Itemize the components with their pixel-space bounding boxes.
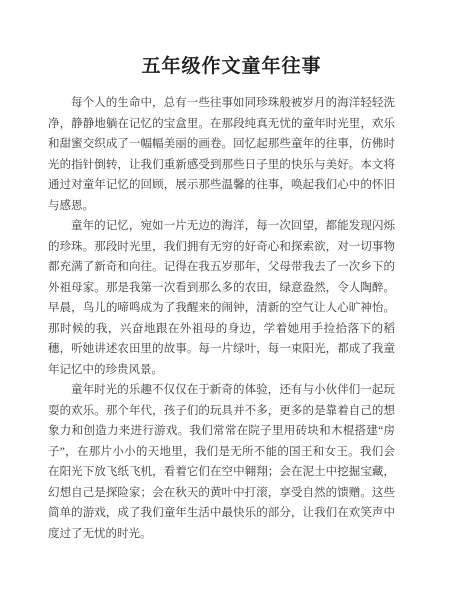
document-title: 五年级作文童年往事 (0, 53, 463, 80)
paragraph-childhood-games: 童年时光的乐趣不仅仅在于新奇的体验，还有与小伙伴们一起玩耍的欢乐。那个年代，孩子… (48, 380, 395, 544)
paragraph-intro: 每个人的生命中，总有一些往事如同珍珠般被岁月的海洋轻轻洗净，静静地躺在记忆的宝盒… (48, 93, 395, 216)
paragraph-memory-sea: 童年的记忆，宛如一片无边的海洋，每一次回望，都能发现闪烁的珍珠。那段时光里，我们… (48, 216, 395, 380)
document-page: 五年级作文童年往事 每个人的生命中，总有一些往事如同珍珠般被岁月的海洋轻轻洗净，… (0, 0, 463, 600)
document-body: 每个人的生命中，总有一些往事如同珍珠般被岁月的海洋轻轻洗净，静静地躺在记忆的宝盒… (48, 93, 395, 544)
